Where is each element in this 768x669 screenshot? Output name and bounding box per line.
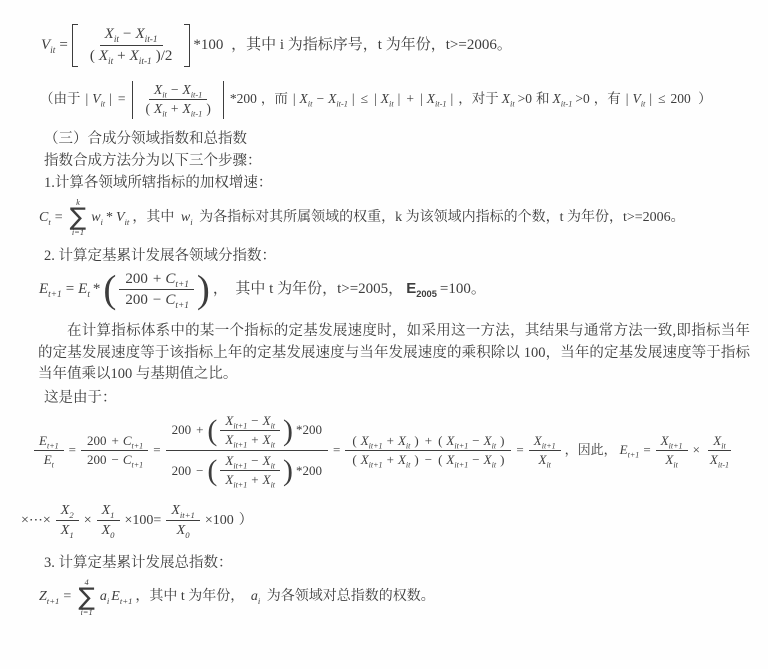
math-subscript: it+1 <box>454 461 468 470</box>
math-operator: ( <box>142 101 153 118</box>
math-number: 200 <box>85 433 109 449</box>
math-subscript: it <box>721 441 725 450</box>
math-operator: + <box>168 101 182 118</box>
math-var: Vit <box>91 91 106 108</box>
math-var: Xit-1 <box>552 91 574 108</box>
math-subscript: it <box>271 462 275 471</box>
math-operator: | <box>417 91 426 108</box>
numerator: Xit+1 <box>166 501 200 522</box>
math-group: Xit−Xit-1(Xit+Xit-1)/2 <box>72 24 191 67</box>
fraction: 200+Ct+1200−Ct+1 <box>119 269 194 312</box>
math-operator: = <box>60 588 74 606</box>
math-operator: ( <box>435 433 445 449</box>
math-operator: + <box>403 91 417 108</box>
math-operator: + <box>248 472 261 488</box>
sum-lower-limit: i=1 <box>80 608 92 617</box>
math-subscript: 0 <box>110 530 114 540</box>
math-subscript: it <box>673 461 677 470</box>
math-subscript: it-1 <box>191 90 203 99</box>
math-var: Et <box>43 452 55 468</box>
math-var: Xit <box>262 472 276 488</box>
math-number: *200 <box>294 422 324 438</box>
math-subscript: it <box>108 57 113 67</box>
math-subscript: it+1 <box>669 441 683 450</box>
math-operator: ×100= <box>122 512 165 530</box>
math-var: Et+1 <box>38 280 63 299</box>
numerator: (Xit+1+Xit)+(Xit+1−Xit) <box>345 432 511 451</box>
math-var: X0 <box>176 522 191 540</box>
numerator: Xit+1−Xit <box>220 412 280 431</box>
paragraph-explanation: 在计算指标体系中的某一个指标的定基发展速度时，如采用这一方法，其结果与通常方法一… <box>38 321 750 386</box>
math-subscript: i <box>107 596 109 606</box>
math-subscript: it <box>271 440 275 449</box>
math-subscript: it+1 <box>542 441 556 450</box>
math-var: Xit+1 <box>224 472 248 488</box>
math-var: Xit <box>397 452 411 468</box>
big-paren: ) <box>282 418 294 443</box>
math-subscript: i <box>190 217 192 227</box>
math-var: Xit <box>299 91 314 108</box>
denominator: X1 <box>56 521 79 541</box>
denominator: Xit+1+Xit <box>220 431 280 449</box>
math-operator: ×100 <box>202 512 237 530</box>
math-operator: + <box>114 47 128 66</box>
numerator: Xit+1 <box>529 432 561 451</box>
fraction: Xit−Xit-1(Xit+Xit-1) <box>138 81 217 120</box>
math-subscript: it+1 <box>369 441 383 450</box>
math-operator: = <box>640 442 653 458</box>
math-operator: )/2 <box>153 47 176 66</box>
math-text: ，因此， <box>563 442 619 458</box>
math-operator: ) <box>203 101 214 118</box>
math-var: Ct+1 <box>164 291 190 310</box>
math-operator: | <box>349 91 358 108</box>
math-subscript: it-1 <box>435 100 447 109</box>
big-paren: ) <box>196 273 211 306</box>
fraction: Xit+1Xit <box>656 432 688 470</box>
math-subscript: it+1 <box>454 441 468 450</box>
fraction: Xit+1X0 <box>166 501 200 541</box>
numerator: X2 <box>56 501 79 522</box>
math-var: Xit <box>262 413 276 429</box>
math-var: ai <box>250 588 261 606</box>
math-operator: ( <box>435 452 445 468</box>
math-number: >0 <box>516 91 534 108</box>
sigma-sum: 4∑i=1 <box>78 578 95 617</box>
math-var: Xit <box>537 452 551 468</box>
math-var: Et+1 <box>110 588 133 606</box>
math-subscript: t+1 <box>47 441 59 450</box>
math-operator: = <box>115 91 129 108</box>
math-subscript: t <box>87 290 90 300</box>
math-var: Xit+1 <box>533 433 557 449</box>
math-var: X2 <box>60 502 75 520</box>
denominator: (Xit+Xit-1) <box>138 100 217 119</box>
denominator: Xit <box>533 451 555 469</box>
math-var: Xit+1 <box>360 452 384 468</box>
math-operator: + <box>384 452 397 468</box>
math-subscript: 2 <box>69 509 73 519</box>
math-subscript: it <box>271 421 275 430</box>
math-var: Xit+1 <box>445 452 469 468</box>
math-operator: − <box>469 433 482 449</box>
math-subscript: it <box>546 461 550 470</box>
math-operator: ≤ <box>655 91 668 108</box>
math-group: Xit−Xit-1(Xit+Xit-1) <box>129 81 226 120</box>
math-operator: − <box>120 25 134 44</box>
math-operator: ×⋯× <box>18 512 54 530</box>
denominator: Et <box>39 451 59 469</box>
math-var: Xit <box>664 452 678 468</box>
sigma-icon: ∑ <box>70 207 87 228</box>
math-subscript: i <box>101 217 103 227</box>
math-number: 200 <box>170 463 194 479</box>
fraction: Xit+1−XitXit+1+Xit <box>220 412 280 450</box>
numerator: Xit+1 <box>656 432 688 451</box>
math-text: ，其中 <box>130 209 180 227</box>
math-subscript: it <box>100 100 105 109</box>
math-var: Xit <box>483 452 497 468</box>
math-subscript: t <box>48 217 50 227</box>
math-var: Et <box>77 280 91 299</box>
math-var: Xit <box>104 25 120 44</box>
fraction: Et+1Et <box>34 432 64 470</box>
formula-bound-note: （由于|Vit|=Xit−Xit-1(Xit+Xit-1)*200，而|Xit−… <box>38 81 764 120</box>
math-var: Xit+1 <box>224 453 248 469</box>
stretchy-bracket <box>184 24 190 67</box>
math-text: ） <box>693 91 714 108</box>
math-subscript: t+1 <box>628 451 640 460</box>
math-operator: − <box>109 452 122 468</box>
math-text: 和 <box>534 91 552 108</box>
math-operator: ) <box>411 452 421 468</box>
math-operator: − <box>150 291 164 310</box>
math-var: Xit <box>380 91 395 108</box>
math-operator: + <box>248 432 261 448</box>
math-operator: + <box>109 433 122 449</box>
math-operator: ( <box>349 433 359 449</box>
math-var: Xit-1 <box>129 47 153 66</box>
math-subscript: it <box>162 110 167 119</box>
denominator: 200−Ct+1 <box>119 290 194 311</box>
math-var: Xit+1 <box>360 433 384 449</box>
math-var: Xit <box>262 432 276 448</box>
math-subscript: t+1 <box>48 290 62 300</box>
math-text: =100。 <box>438 280 488 299</box>
math-operator: = <box>63 280 77 299</box>
math-text: ，其中 t 为年份， <box>133 588 249 606</box>
math-operator: | <box>395 91 404 108</box>
math-number: *100 <box>191 36 225 55</box>
math-subscript: it <box>492 441 496 450</box>
math-var: Xit-1 <box>709 452 730 468</box>
math-subscript: it+1 <box>233 421 247 430</box>
math-subscript: it <box>162 90 167 99</box>
math-operator: + <box>384 433 397 449</box>
numerator: 200+Ct+1 <box>119 269 194 291</box>
denominator: 200−(Xit+1−XitXit+1+Xit)*200 <box>166 451 328 491</box>
math-var: E2005 <box>405 280 438 299</box>
fraction: XitXit-1 <box>705 432 734 470</box>
math-operator: | <box>623 91 632 108</box>
math-var: Xit+1 <box>224 413 248 429</box>
math-var: X1 <box>60 522 75 540</box>
math-var: Xit+1 <box>224 432 248 448</box>
denominator: X0 <box>97 521 120 541</box>
math-subscript: it <box>308 100 313 109</box>
section-heading: （三）合成分领域指数和总指数 <box>38 129 764 150</box>
numerator: Et+1 <box>34 432 64 451</box>
math-var: Ct <box>38 209 52 227</box>
big-paren: ( <box>102 273 117 306</box>
math-var: Xit-1 <box>181 101 203 118</box>
math-var: Xit+1 <box>660 433 684 449</box>
step-1-heading: 1.计算各领域所辖指标的加权增速： <box>38 173 764 194</box>
math-number: 200 <box>123 291 150 310</box>
math-number: * <box>91 280 103 299</box>
math-operator: | <box>371 91 380 108</box>
math-operator: ≤ <box>358 91 371 108</box>
math-operator: − <box>193 463 206 479</box>
formula-derivation: Et+1Et=200+Ct+1200−Ct+1=200+(Xit+1−XitXi… <box>32 411 764 491</box>
math-var: X0 <box>101 522 116 540</box>
math-subscript: t+1 <box>132 461 144 470</box>
stretchy-bracket <box>223 81 224 120</box>
math-var: Vit <box>115 209 130 227</box>
math-operator: ) <box>411 433 421 449</box>
numerator: Xit−Xit-1 <box>100 24 163 46</box>
math-subscript: it <box>271 481 275 490</box>
math-operator: × <box>81 512 95 530</box>
math-subscript: i <box>258 596 260 606</box>
denominator: Xit-1 <box>705 451 734 469</box>
math-var: Xit-1 <box>327 91 349 108</box>
fraction: (Xit+1+Xit)+(Xit+1−Xit)(Xit+1+Xit)−(Xit+… <box>345 432 511 470</box>
math-subscript: it-1 <box>336 100 348 109</box>
math-operator: | <box>83 91 92 108</box>
fraction: X1X0 <box>97 501 120 541</box>
fraction: Xit−Xit-1(Xit+Xit-1)/2 <box>83 24 180 67</box>
math-operator: ( <box>87 47 98 66</box>
math-var: Xit <box>262 453 276 469</box>
math-operator: = <box>150 442 163 458</box>
fraction: Xit+1−XitXit+1+Xit <box>220 452 280 490</box>
numerator: Xit+1−Xit <box>220 452 280 471</box>
document-page: Vit=Xit−Xit-1(Xit+Xit-1)/2*100 ，其中 i 为指标… <box>0 0 768 669</box>
math-subscript: t <box>52 461 54 470</box>
math-subscript: it <box>641 100 646 109</box>
math-number: 200 <box>669 91 693 108</box>
sigma-icon: ∑ <box>78 587 95 608</box>
math-number: *200 <box>228 91 259 108</box>
math-number: 200 <box>85 452 109 468</box>
math-operator: − <box>248 453 261 469</box>
math-operator: + <box>150 270 164 289</box>
math-operator: − <box>248 413 261 429</box>
math-operator: | <box>106 91 115 108</box>
math-operator: ) <box>497 433 507 449</box>
math-var: Zt+1 <box>38 588 60 606</box>
math-number: *200 <box>294 463 324 479</box>
math-subscript: 2005 <box>416 289 437 299</box>
denominator: Xit <box>660 451 682 469</box>
numerator: X1 <box>97 501 120 522</box>
big-paren: ( <box>206 458 218 483</box>
math-var: Xit <box>98 47 114 66</box>
math-subscript: t+1 <box>132 441 144 450</box>
math-var: Vit <box>631 91 646 108</box>
math-var: Xit <box>712 433 726 449</box>
steps-intro: 指数合成方法分为以下三个步骤： <box>38 151 764 172</box>
numerator: Xit−Xit-1 <box>149 81 207 101</box>
math-subscript: it <box>389 100 394 109</box>
math-operator: | <box>448 91 457 108</box>
big-paren: ) <box>282 458 294 483</box>
math-operator: = <box>513 442 526 458</box>
math-subscript: it <box>114 35 119 45</box>
math-operator: | <box>290 91 299 108</box>
math-operator: = <box>330 442 343 458</box>
step-2-heading: 2. 计算定基累计发展各领域分指数： <box>38 246 764 267</box>
math-text: 为各指标对其所属领域的权重，k 为该领域内指标的个数，t 为年份，t>=2006… <box>194 209 687 227</box>
math-number: >0 <box>573 91 591 108</box>
math-number: 200 <box>170 422 194 438</box>
math-operator: | <box>646 91 655 108</box>
math-subscript: it <box>406 461 410 470</box>
math-subscript: t+1 <box>175 301 189 311</box>
math-text: ，有 <box>592 91 623 108</box>
math-subscript: t+1 <box>120 596 133 606</box>
math-number: 200 <box>123 270 150 289</box>
math-operator: ( <box>349 452 359 468</box>
math-subscript: it-1 <box>191 110 203 119</box>
math-var: Et+1 <box>38 433 60 449</box>
stretchy-bracket <box>72 24 78 67</box>
denominator: X0 <box>172 521 195 541</box>
stretchy-bracket <box>132 81 133 120</box>
math-subscript: it <box>492 461 496 470</box>
math-var: Xit+1 <box>445 433 469 449</box>
math-var: Xit <box>397 433 411 449</box>
fraction: Xit+1Xit <box>529 432 561 470</box>
math-subscript: it <box>510 100 515 109</box>
math-var: Ct+1 <box>164 270 190 289</box>
math-var: Ct+1 <box>122 433 144 449</box>
math-var: X1 <box>101 502 116 520</box>
math-subscript: it-1 <box>139 57 152 67</box>
big-paren: ( <box>206 418 218 443</box>
numerator: Xit <box>708 432 730 451</box>
formula-total-index: Zt+1=4∑i=1aiEt+1，其中 t 为年份， ai 为各领域对总指数的权… <box>38 578 764 617</box>
math-operator: − <box>313 91 327 108</box>
math-operator: ) <box>497 452 507 468</box>
math-var: Xit <box>501 91 516 108</box>
math-var: Xit-1 <box>426 91 448 108</box>
math-operator: − <box>168 82 182 99</box>
formula-derivation-continued: ×⋯×X2X1×X1X0×100=Xit+1X0×100） <box>18 501 764 541</box>
math-operator: + <box>193 422 206 438</box>
math-var: Xit <box>153 82 168 99</box>
math-subscript: it-1 <box>561 100 573 109</box>
math-subscript: it <box>50 46 55 56</box>
math-text: ，其中 i 为指标序号，t 为年份，t>=2006。 <box>225 36 513 55</box>
math-number: * <box>104 209 115 227</box>
math-var: Xit <box>153 101 168 118</box>
denominator: 200−Ct+1 <box>81 451 148 469</box>
math-operator: = <box>66 442 79 458</box>
math-text: （由于 <box>38 91 83 108</box>
denominator: Xit+1+Xit <box>220 471 280 489</box>
math-operator: + <box>422 433 435 449</box>
math-operator: = <box>52 209 66 227</box>
lead-in: 这是由于： <box>38 388 764 409</box>
sigma-sum: k∑i=1 <box>70 198 87 237</box>
math-operator: × <box>690 442 703 458</box>
math-operator: = <box>56 36 70 55</box>
numerator: 200+Ct+1 <box>81 432 148 451</box>
denominator: (Xit+1+Xit)−(Xit+1−Xit) <box>345 451 511 469</box>
numerator: 200+(Xit+1−XitXit+1+Xit)*200 <box>166 411 328 452</box>
math-var: Xit <box>483 433 497 449</box>
math-subscript: it-1 <box>718 461 729 470</box>
math-subscript: it+1 <box>233 462 247 471</box>
math-var: Xit-1 <box>181 82 203 99</box>
math-subscript: t+1 <box>175 280 189 290</box>
fraction: 200+Ct+1200−Ct+1 <box>81 432 148 470</box>
math-subscript: it+1 <box>233 440 247 449</box>
math-var: Vit <box>40 36 56 55</box>
step-3-heading: 3. 计算定基累计发展总指数： <box>38 553 764 574</box>
sum-lower-limit: i=1 <box>72 228 84 237</box>
math-var: ai <box>99 588 110 606</box>
math-subscript: it <box>406 441 410 450</box>
math-text: ，而 <box>259 91 290 108</box>
math-operator: − <box>422 452 435 468</box>
math-operator: − <box>469 452 482 468</box>
math-var: Xit-1 <box>134 25 158 44</box>
math-text: ，对于 <box>456 91 501 108</box>
formula-weighted-growth-rate: Vit=Xit−Xit-1(Xit+Xit-1)/2*100 ，其中 i 为指标… <box>40 24 764 67</box>
math-text: ， 其中 t 为年份，t>=2005， <box>211 280 405 299</box>
fraction: 200+(Xit+1−XitXit+1+Xit)*200200−(Xit+1−X… <box>166 411 328 491</box>
math-subscript: it-1 <box>145 35 158 45</box>
math-subscript: it+1 <box>369 461 383 470</box>
math-text: ） <box>237 512 255 530</box>
math-var: wi <box>90 209 104 227</box>
math-subscript: t+1 <box>47 596 60 606</box>
math-var: Xit+1 <box>170 502 196 520</box>
math-subscript: it+1 <box>180 509 195 519</box>
math-subscript: it+1 <box>233 481 247 490</box>
formula-domain-subindex: Et+1=Et*(200+Ct+1200−Ct+1)， 其中 t 为年份，t>=… <box>38 269 764 312</box>
math-var: Ct+1 <box>122 452 144 468</box>
math-subscript: 0 <box>185 530 189 540</box>
math-subscript: 1 <box>69 530 73 540</box>
math-var: Et+1 <box>619 442 641 458</box>
math-text: 为各领域对总指数的权数。 <box>261 588 437 606</box>
formula-domain-weighted-growth: Ct=k∑i=1wi*Vit，其中 wi 为各指标对其所属领域的权重，k 为该领… <box>38 198 764 237</box>
denominator: (Xit+Xit-1)/2 <box>83 46 180 67</box>
fraction: X2X1 <box>56 501 79 541</box>
math-subscript: 1 <box>110 509 114 519</box>
math-var: wi <box>180 209 194 227</box>
math-subscript: it <box>125 217 130 227</box>
